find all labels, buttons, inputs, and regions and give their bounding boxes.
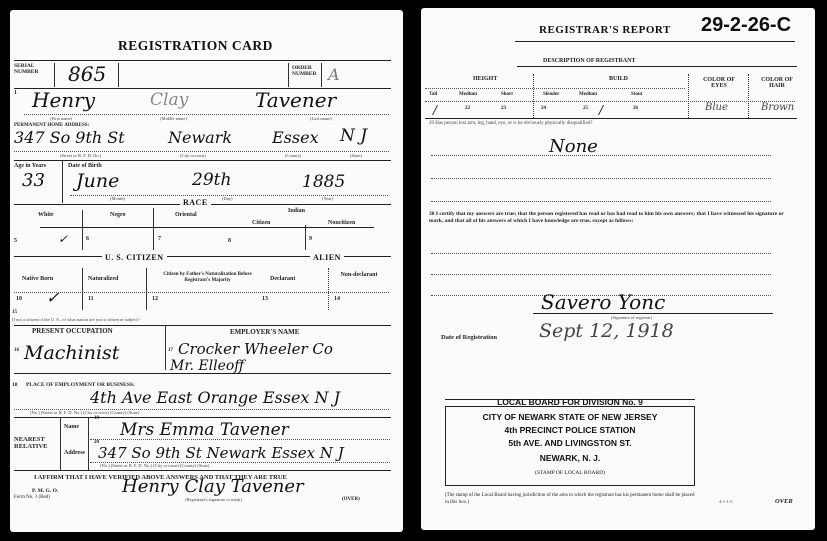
registrant-signature: Henry Clay Tavener	[122, 476, 304, 497]
stamp-line: 4th PRECINCT POLICE STATION	[446, 425, 694, 435]
build-medium: Medium	[579, 92, 597, 97]
race-white-checkmark: ✓	[58, 232, 68, 246]
order-number-label: ORDER NUMBER	[292, 65, 322, 77]
street-caption: (Street or R. F. D. No.)	[60, 153, 101, 158]
registrars-report: REGISTRAR'S REPORT 29-2-26-C DESCRIPTION…	[421, 8, 815, 530]
race-indian-label: Indian	[288, 208, 305, 214]
file-code: 29-2-26-C	[701, 14, 791, 37]
date-label: Date of Registration	[441, 334, 497, 341]
age-value: 33	[22, 170, 45, 191]
height-short: Short	[501, 92, 513, 97]
state-caption: (State)	[350, 153, 362, 158]
field29-answer: None	[549, 136, 598, 157]
field-number: 23	[501, 106, 506, 111]
eye-color: Blue	[705, 102, 728, 113]
native-born-label: Native Born	[22, 276, 53, 282]
field-number: 5	[14, 238, 17, 244]
field-number: 17	[168, 348, 173, 353]
birth-month: June	[76, 170, 119, 192]
relative-address-label: Address	[64, 450, 85, 456]
address-street: 347 So 9th St	[14, 128, 125, 147]
height-header: HEIGHT	[473, 76, 497, 82]
serial-number-value: 865	[68, 62, 106, 86]
stamp-caption: (STAMP OF LOCAL BOARD)	[446, 470, 694, 476]
field-number: 24	[541, 106, 546, 111]
county-caption: (County)	[285, 153, 301, 158]
non-declarant-label: Non-declarant	[340, 272, 378, 278]
certify-text: 30 I certify that my answers are true; t…	[429, 211, 799, 225]
hair-header: COLOR OF HAIR	[757, 77, 797, 89]
first-name-caption: (First name)	[50, 116, 72, 121]
occupation-header: PRESENT OCCUPATION	[32, 327, 113, 335]
card-title: REGISTRATION CARD	[118, 38, 273, 54]
registration-card: REGISTRATION CARD SERIAL NUMBER 865 ORDE…	[10, 10, 403, 532]
declarant-label: Declarant	[270, 276, 295, 282]
last-name-caption: (Last name)	[310, 116, 332, 121]
field29-question: 29 Has person lost arm, leg, hand, eye, …	[429, 121, 791, 126]
nearest-relative-label: NEAREST RELATIVE	[14, 436, 62, 450]
local-board-stamp: LOCAL BOARD FOR DIVISION No. 9 CITY OF N…	[445, 406, 695, 486]
field-number: 15	[12, 310, 17, 315]
relative-name: Mrs Emma Tavener	[120, 420, 289, 440]
year-caption: (Year)	[322, 196, 333, 201]
build-header: BUILD	[609, 76, 628, 82]
race-oriental-label: Oriental	[175, 212, 197, 218]
height-mark: /	[433, 103, 437, 117]
address-city: Newark	[168, 128, 232, 147]
form-code: 4-1-1-C	[719, 499, 733, 504]
field-number: 10	[16, 296, 22, 302]
field-number: 14	[334, 296, 340, 302]
employer-line2: Mr. Elleoff	[170, 358, 244, 374]
build-slender: Slender	[543, 92, 559, 97]
height-medium: Medium	[459, 92, 477, 97]
native-born-checkmark: ✓	[46, 288, 59, 307]
not-citizen-question: If not a citizen of the U. S., of what n…	[12, 317, 140, 322]
field-number: 26	[633, 106, 638, 111]
race-white-label: White	[38, 212, 54, 218]
occupation-value: Machinist	[24, 342, 119, 364]
stamp-line: LOCAL BOARD FOR DIVISION No. 9	[446, 397, 694, 407]
citizen-by-father-label: Citizen by Father's Naturalization Befor…	[150, 272, 265, 284]
field-number: 1	[14, 90, 17, 96]
hair-color: Brown	[761, 102, 794, 113]
address-county: Essex	[272, 128, 319, 147]
serial-number-label: SERIAL NUMBER	[14, 63, 54, 75]
us-citizen-header: U. S. CITIZEN	[102, 253, 167, 262]
field-number: 9	[309, 236, 312, 242]
build-mark: /	[599, 103, 603, 117]
signature-caption: (Registrant's signature or mark)	[185, 497, 242, 502]
month-caption: (Month)	[110, 196, 125, 201]
field-number: 22	[465, 106, 470, 111]
field-number: 11	[88, 296, 94, 302]
city-caption: (City or town)	[180, 153, 206, 158]
employer-header: EMPLOYER'S NAME	[230, 328, 299, 336]
description-header: DESCRIPTION OF REGISTRANT	[543, 58, 635, 64]
address-state: N J	[340, 126, 367, 146]
first-name: Henry	[32, 88, 95, 112]
field-number: 18	[12, 382, 18, 388]
race-negro-label: Negro	[110, 212, 126, 218]
middle-name-caption: (Middle name)	[160, 116, 187, 121]
form-id-line2: Form No. 1 (Red)	[14, 495, 50, 500]
field-number: 16	[14, 348, 19, 353]
field-number: 25	[583, 106, 588, 111]
field-number: 7	[158, 236, 161, 242]
build-stout: Stout	[631, 92, 642, 97]
relative-address-caption: (No.) (Street or R. F. D. No.) (City or …	[100, 463, 209, 468]
over-label: (OVER)	[342, 497, 360, 502]
height-tall: Tall	[429, 92, 437, 97]
field-number: 12	[152, 296, 158, 302]
over-label: OVER	[775, 498, 793, 505]
relative-address: 347 So 9th St Newark Essex N J	[98, 444, 344, 462]
alien-header: ALIEN	[310, 253, 344, 262]
place-of-employment-value: 4th Ave East Orange Essex N J	[90, 388, 340, 407]
race-citizen-label: Citizen	[252, 220, 270, 226]
race-noncitizen-label: Noncitizen	[328, 220, 355, 226]
day-caption: (Day)	[222, 196, 233, 201]
employer-line1: Crocker Wheeler Co	[178, 340, 333, 358]
middle-name: Clay	[150, 90, 188, 110]
age-label: Age in Years	[14, 163, 46, 169]
stamp-line: CITY OF NEWARK STATE OF NEW JERSEY	[446, 412, 694, 422]
relative-name-label: Name	[64, 424, 79, 430]
last-name: Tavener	[255, 88, 336, 112]
place-caption: (No.) (Street or R. F. D. No.) (City or …	[30, 410, 139, 415]
date-value: Sept 12, 1918	[539, 320, 674, 342]
birth-day: 29th	[192, 170, 231, 190]
race-header: RACE	[180, 198, 211, 207]
order-number-value: A	[328, 65, 340, 84]
stamp-line: NEWARK, N. J.	[446, 453, 694, 463]
field-number: 6	[86, 236, 89, 242]
registrar-signature: Savero Yonc	[541, 290, 665, 314]
field-number: 8	[228, 238, 231, 244]
dob-label: Date of Birth	[68, 163, 102, 169]
naturalized-label: Naturalized	[88, 276, 118, 282]
field-number: 13	[262, 296, 268, 302]
form-id: P. M. G. O.	[32, 488, 58, 494]
report-title: REGISTRAR'S REPORT	[539, 24, 671, 36]
birth-year: 1885	[302, 172, 345, 192]
stamp-note: (The stamp of the Local Board having jur…	[445, 492, 695, 506]
eyes-header: COLOR OF EYES	[699, 77, 739, 89]
stamp-line: 5th AVE. AND LIVINGSTON ST.	[446, 438, 694, 448]
field-number: 19	[94, 416, 99, 421]
